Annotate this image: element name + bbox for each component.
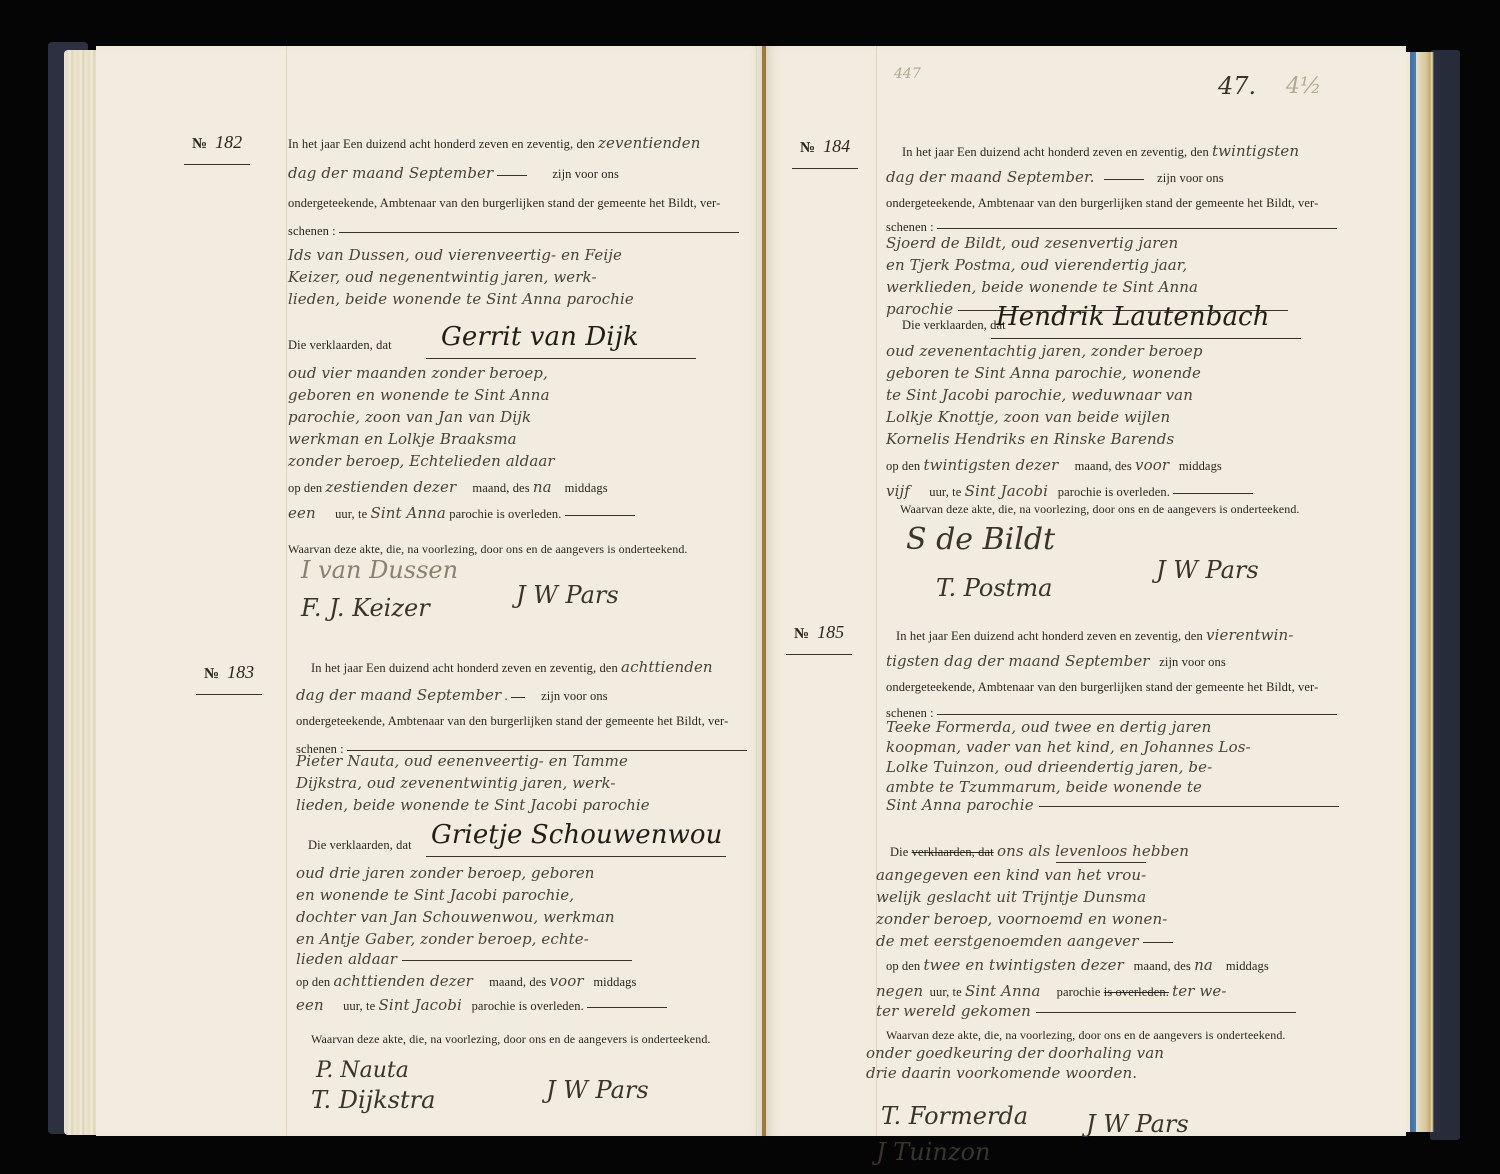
printed-official: ondergeteekende, Ambtenaar van den burge…	[886, 680, 1318, 695]
entry-day: achttienden	[621, 658, 713, 676]
details-line: oud drie jaren zonder beroep, geboren	[296, 864, 595, 882]
details-line: te Sint Jacobi parochie, weduwnaar van	[886, 386, 1193, 404]
details-line: werkman en Lolkje Braaksma	[288, 430, 517, 448]
signature-official: J W Pars	[516, 581, 619, 609]
deceased-name: Grietje Schouwenwou	[431, 820, 723, 850]
death-place: Sint Anna	[370, 504, 446, 522]
faint-page-number: 447	[894, 66, 921, 82]
informants-line: Keizer, oud negenentwintig jaren, werk-	[288, 268, 597, 286]
death-hour: een	[288, 504, 316, 522]
informants-line: Lolke Tuinzon, oud drieendertig jaren, b…	[886, 758, 1212, 776]
death-day: achttienden dezer	[334, 972, 473, 990]
closing-statement: Waarvan deze akte, die, na voorlezing, d…	[288, 542, 688, 557]
entry-number-183: №183	[204, 662, 254, 683]
details-line: en Antje Gaber, zonder beroep, echte-	[296, 930, 589, 948]
month-line: dag der maand September.	[886, 168, 1095, 186]
signature-official: J W Pars	[1156, 556, 1259, 584]
deceased-name: Hendrik Lautenbach	[996, 302, 1270, 332]
informants-line: en Tjerk Postma, oud vierendertig jaar,	[886, 256, 1187, 274]
statement-line: aangegeven een kind van het vrou-	[876, 866, 1146, 884]
signature: J Tuinzon	[876, 1138, 990, 1166]
month-line: dag der maand September	[296, 686, 501, 704]
printed-official: ondergeteekende, Ambtenaar van den burge…	[886, 196, 1318, 211]
entry-day: zeventienden	[598, 134, 701, 152]
month-line: tigsten dag der maand September	[886, 652, 1150, 670]
death-place: Sint Anna	[965, 982, 1041, 1000]
printed-text: zijn voor ons	[552, 167, 619, 181]
informants-line: Teeke Formerda, oud twee en dertig jaren	[886, 718, 1211, 736]
signature: F. J. Keizer	[301, 594, 430, 622]
printed-official: ondergeteekende, Ambtenaar van den burge…	[296, 714, 728, 729]
details-line: geboren en wonende te Sint Anna	[288, 386, 550, 404]
death-hour: negen	[876, 982, 923, 1000]
printed-official: ondergeteekende, Ambtenaar van den burge…	[288, 196, 720, 211]
signature: T. Postma	[936, 574, 1052, 602]
folio-number: 47.	[1218, 72, 1256, 100]
death-place: Sint Jacobi	[965, 482, 1048, 500]
closing-statement: Waarvan deze akte, die, na voorlezing, d…	[311, 1032, 711, 1047]
signature-official: J W Pars	[1086, 1110, 1189, 1138]
printed-appeared: schenen :	[288, 224, 336, 238]
addendum-line: onder goedkeuring der doorhaling van	[866, 1044, 1164, 1062]
printed-intro: In het jaar Een duizend acht honderd zev…	[288, 137, 595, 151]
details-line: en wonende te Sint Jacobi parochie,	[296, 886, 574, 904]
statement-line: zonder beroep, voornoemd en wonen-	[876, 910, 1167, 928]
details-line: zonder beroep, Echtelieden aldaar	[288, 452, 555, 470]
margin-rule	[876, 46, 877, 1136]
signature: S de Bildt	[906, 522, 1055, 557]
statement-line: welijk geslacht uit Trijntje Dunsma	[876, 888, 1146, 906]
death-day: zestienden dezer	[326, 478, 457, 496]
death-day: twintigsten dezer	[924, 456, 1059, 474]
month-line: dag der maand September	[288, 164, 493, 182]
informants-line: Pieter Nauta, oud eenenveertig- en Tamme	[296, 752, 628, 770]
struck-text: verklaarden, dat	[912, 845, 994, 859]
replacement-text: ter wereld gekomen	[876, 1002, 1031, 1020]
informants-line: werklieden, beide wonende te Sint Anna	[886, 278, 1198, 296]
entry-day: twintigsten	[1212, 142, 1299, 160]
informants-line: lieden, beide wonende te Sint Jacobi par…	[296, 796, 650, 814]
details-line: Lolkje Knottje, zoon van beide wijlen	[886, 408, 1170, 426]
details-line: geboren te Sint Anna parochie, wonende	[886, 364, 1201, 382]
details-line: Kornelis Hendriks en Rinske Barends	[886, 430, 1174, 448]
death-hour: een	[296, 996, 324, 1014]
informants-line: Sjoerd de Bildt, oud zesenvertig jaren	[886, 234, 1178, 252]
informants-line: ambte te Tzummarum, beide wonende te	[886, 778, 1202, 796]
signature: T. Formerda	[881, 1102, 1028, 1130]
details-line: parochie, zoon van Jan van Dijk	[288, 408, 531, 426]
informants-line: Ids van Dussen, oud vierenveertig- en Fe…	[288, 246, 622, 264]
informants-line: lieden, beide wonende te Sint Anna paroc…	[288, 290, 634, 308]
signature: P. Nauta	[316, 1058, 409, 1083]
statement-line: ons als levenloos hebben	[997, 842, 1189, 860]
struck-text: is overleden.	[1104, 985, 1169, 999]
closing-statement: Waarvan deze akte, die, na voorlezing, d…	[886, 1028, 1286, 1043]
entry-number-185: №185	[794, 622, 844, 643]
addendum-line: drie daarin voorkomende woorden.	[866, 1064, 1137, 1082]
closing-statement: Waarvan deze akte, die, na voorlezing, d…	[900, 502, 1300, 517]
informants-line: Dijkstra, oud zevenentwintig jaren, werk…	[296, 774, 616, 792]
details-line: dochter van Jan Schouwenwou, werkman	[296, 908, 615, 926]
death-hour: vijf	[886, 482, 910, 500]
death-place: Sint Jacobi	[378, 996, 461, 1014]
informants-line: koopman, vader van het kind, en Johannes…	[886, 738, 1251, 756]
deceased-name: Gerrit van Dijk	[441, 322, 639, 352]
details-line: oud zevenentachtig jaren, zonder beroep	[886, 342, 1203, 360]
entry-day: vierentwin-	[1206, 626, 1293, 644]
margin-rule-right	[756, 46, 757, 1136]
details-line: oud vier maanden zonder beroep,	[288, 364, 548, 382]
entry-number-184: №184	[800, 136, 850, 157]
right-page: 447 47. 4½ №184 In het jaar Een duizend …	[766, 46, 1406, 1136]
printed-declared: Die verklaarden, dat	[288, 338, 392, 352]
margin-rule	[286, 46, 287, 1136]
entry-number-182: №182	[192, 132, 242, 153]
signature: I van Dussen	[301, 556, 458, 584]
folio-number-alt: 4½	[1286, 74, 1321, 99]
signature: T. Dijkstra	[311, 1086, 435, 1114]
left-page: №182 In het jaar Een duizend acht honder…	[96, 46, 764, 1136]
signature-official: J W Pars	[546, 1076, 649, 1104]
death-day: twee en twintigsten dezer	[924, 956, 1124, 974]
page-edges-right-with-blue-ribbon	[1404, 52, 1440, 1132]
